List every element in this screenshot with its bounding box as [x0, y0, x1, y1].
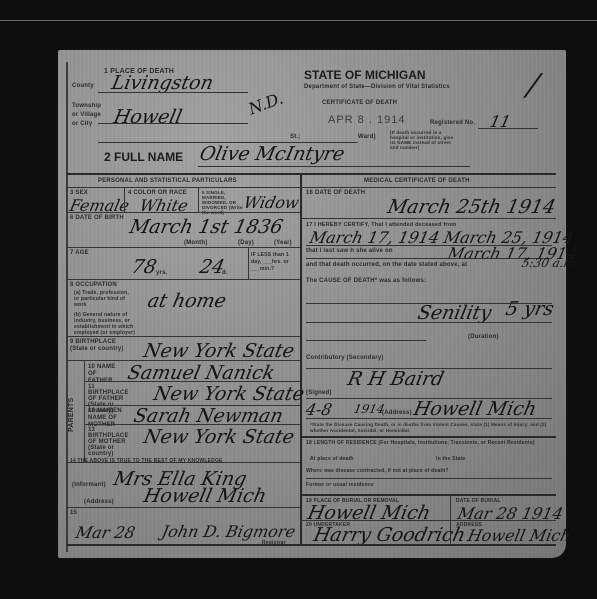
death-time-value: 5:30 a.m.	[521, 256, 581, 270]
received-stamp: APR 8 . 1914	[328, 114, 405, 126]
physician-address-label: (Address)	[382, 410, 412, 416]
mother-birthplace-label: 13 BIRTHPLACE OF MOTHER (State or countr…	[88, 427, 132, 457]
former-residence-label: Former or usual residence	[306, 482, 374, 488]
less-than-day-label: IF LESS than 1 day, ___hrs. or ___min.?	[251, 252, 297, 273]
mother-name-label: 12 MAIDEN NAME OF MOTHER	[88, 408, 128, 429]
at-place-label: At place of death	[310, 456, 354, 462]
medical-section-header: MEDICAL CERTIFICATE OF DEATH	[364, 178, 470, 184]
registrar-value: John D. Bigmore	[160, 522, 297, 541]
full-name-value: Olive McIntyre	[198, 143, 347, 165]
dob-year-label: (Year)	[274, 240, 292, 246]
department-label: Department of State—Division of Vital St…	[304, 84, 450, 90]
filed-date-value: Mar 28	[74, 523, 137, 542]
date-of-death-value: March 25th 1914	[386, 196, 558, 218]
date-of-death-label: 16 DATE OF DEATH	[306, 190, 365, 196]
occupation-value: at home	[146, 290, 229, 312]
filed-label: 15	[70, 510, 77, 516]
age-label: 7 AGE	[70, 250, 89, 256]
death-occurred-text: and that death occurred, on the date sta…	[306, 262, 467, 268]
personal-section-header: PERSONAL AND STATISTICAL PARTICULARS	[98, 178, 237, 184]
full-name-label: 2 FULL NAME	[104, 150, 183, 164]
mother-birthplace-value: New York State	[142, 426, 297, 448]
dob-day-label: (Day)	[238, 240, 254, 246]
county-value: Livingston	[110, 72, 216, 94]
ward-label: Ward)	[358, 134, 376, 140]
occupation-a-label: (a) Trade, profession, or particular kin…	[74, 290, 134, 308]
signed-date-value: 4-8	[304, 400, 334, 419]
birthplace-label: 9 BIRTHPLACE (State or country)	[70, 339, 126, 353]
occupation-b-label: (b) General nature of industry, business…	[74, 312, 150, 336]
occupation-label: 8 OCCUPATION	[70, 282, 117, 288]
contracted-label: Where was disease contracted, if not at …	[306, 468, 449, 474]
informant-label: (Informant)	[72, 482, 106, 488]
residence-label: 18 LENGTH OF RESIDENCE (For Hospitals, I…	[306, 440, 550, 446]
birthplace-value: New York State	[142, 340, 297, 362]
undertaker-address-value: Howell Mich	[466, 526, 573, 545]
signed-year-value: 1914	[353, 402, 387, 416]
cause-value: Senility	[416, 302, 494, 324]
signed-label: (Signed)	[306, 390, 332, 396]
county-label: County	[72, 83, 94, 89]
informant-address-label: (Address)	[84, 499, 114, 505]
township-label: Township or Village or City	[72, 102, 102, 129]
dob-month-label: (Month)	[184, 240, 207, 246]
in-state-label: In the State	[436, 456, 465, 462]
age-years-unit: yrs.	[156, 270, 167, 276]
age-days-unit: d.	[222, 270, 228, 276]
undertaker-value: Harry Goodrich	[312, 524, 468, 546]
contributory-label: Contributory (Secondary)	[306, 355, 383, 361]
scan-line	[0, 20, 597, 21]
informant-section-label: 14 THE ABOVE IS TRUE TO THE BEST OF MY K…	[70, 458, 223, 464]
street-label: St.;	[290, 134, 300, 140]
state-title: STATE OF MICHIGAN	[304, 68, 426, 82]
last-saw-text: that I last saw h she alive on	[306, 248, 393, 254]
parents-label: PARENTS	[68, 398, 75, 432]
father-birthplace-value: New York State	[152, 383, 307, 405]
marital-value: Widow	[242, 193, 301, 212]
dob-value: March 1st 1836	[128, 216, 285, 238]
cause-duration-label: (Duration)	[468, 334, 499, 340]
cause-duration-value: 5 yrs	[504, 298, 556, 320]
cause-footnote: *State the Disease Causing Death, or in …	[310, 422, 550, 434]
township-value: Howell	[112, 106, 184, 128]
certificate-title: CERTIFICATE OF DEATH	[322, 100, 397, 106]
hospital-note: (If death occurred in a hospital or inst…	[390, 130, 454, 150]
cause-label: The CAUSE OF DEATH* was as follows:	[306, 278, 426, 284]
physician-signature: R H Baird	[346, 368, 446, 390]
physician-address-value: Howell Mich	[412, 398, 539, 420]
dob-label: 6 DATE OF BIRTH	[70, 215, 124, 221]
death-certificate: 1 PLACE OF DEATH County Livingston Towns…	[58, 50, 566, 558]
informant-address-value: Howell Mich	[142, 485, 269, 507]
registered-no-label: Registered No.	[430, 120, 475, 126]
age-years-value: 78	[130, 256, 159, 278]
